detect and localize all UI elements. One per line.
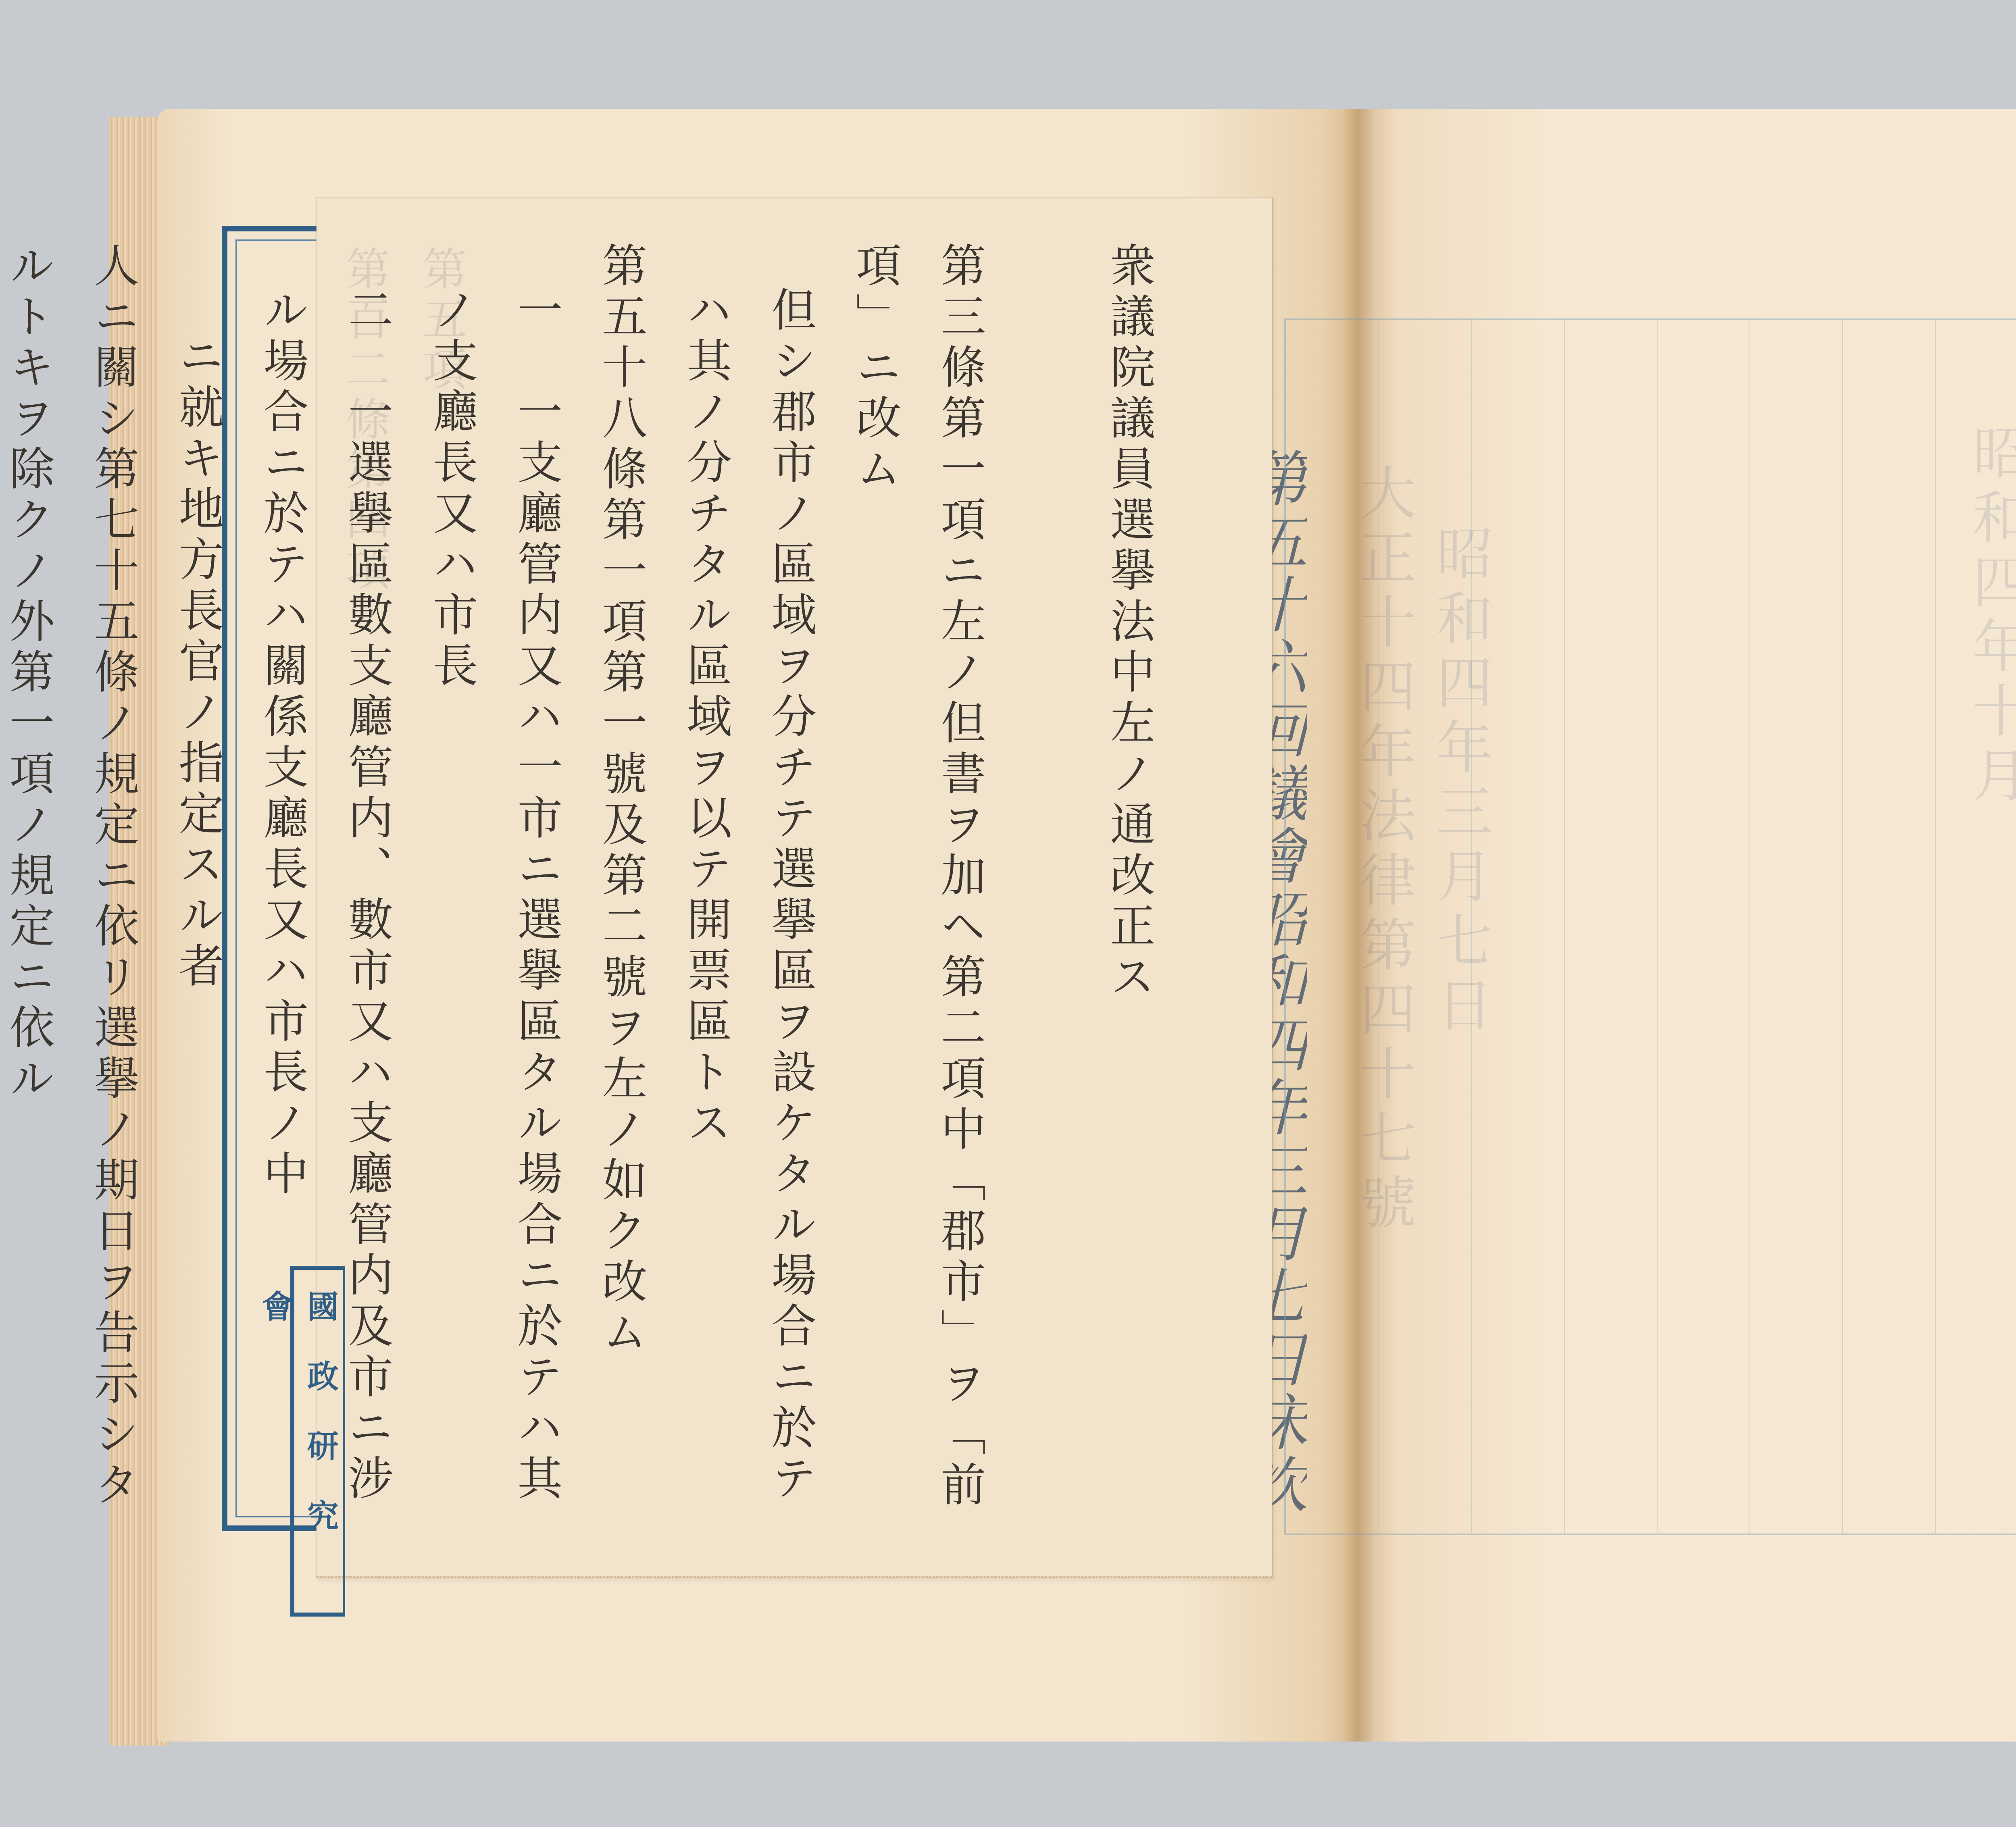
slip-line: ニ就キ地方長官ノ指定スル者 bbox=[155, 242, 240, 1532]
slip-line-spacer bbox=[1002, 242, 1087, 1532]
ruled-line bbox=[1749, 320, 1750, 1534]
show-through-handwriting: 昭和四年十月 bbox=[1956, 423, 2016, 1068]
slip-line: 一 一支廳管内又ハ一市ニ選擧區タル場合ニ於テハ其ノ支廳長又ハ市長 bbox=[409, 242, 579, 1532]
publisher-stamp-text: 國政研究會 bbox=[294, 1290, 343, 1613]
show-through-handwriting: 昭和四年三月七日 bbox=[1419, 524, 1500, 1572]
ruled-line bbox=[1564, 320, 1565, 1534]
show-through-handwriting: 大正十四年法律第四十七號 bbox=[1343, 464, 1424, 1552]
ruled-line bbox=[1657, 320, 1658, 1534]
pasted-printed-slip: 第百二條第四項 第五項 衆議院議員選擧法中左ノ通改正ス 第三條第一項ニ左ノ但書ヲ… bbox=[317, 198, 1272, 1577]
ruled-line bbox=[1935, 320, 1936, 1534]
publisher-stamp-box: 國政研究會 bbox=[290, 1266, 345, 1617]
slip-text-block: 衆議院議員選擧法中左ノ通改正ス 第三條第一項ニ左ノ但書ヲ加ヘ第二項中「郡市」ヲ「… bbox=[0, 242, 1171, 1532]
slip-line: 第三條第一項ニ左ノ但書ヲ加ヘ第二項中「郡市」ヲ「前項」ニ改ム bbox=[833, 242, 1002, 1532]
slip-line: 但シ郡市ノ區域ヲ分チテ選擧區ヲ設ケタル場合ニ於テハ其ノ分チタル區域ヲ以テ開票區ト… bbox=[663, 242, 833, 1532]
slip-line-title: 衆議院議員選擧法中左ノ通改正ス bbox=[1087, 242, 1171, 1532]
slip-line: 人ニ關シ第七十五條ノ規定ニ依リ選擧ノ期日ヲ告示シタルトキヲ除クノ外第一項ノ規定ニ… bbox=[0, 242, 155, 1532]
slip-line: 第五十八條第一項第一號及第二號ヲ左ノ如ク改ム bbox=[579, 242, 663, 1532]
ruled-line bbox=[1842, 320, 1843, 1534]
